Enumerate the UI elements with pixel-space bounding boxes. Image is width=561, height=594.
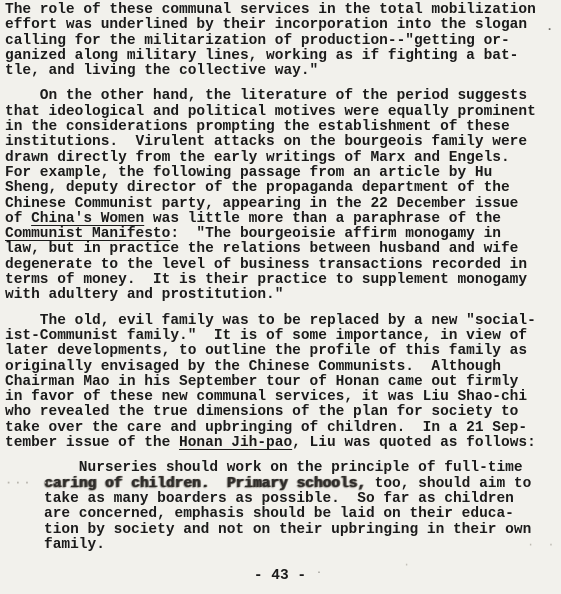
text-line: The role of these communal services in t…: [5, 3, 555, 18]
block-quote: Nurseries should work on the principle o…: [44, 461, 555, 553]
text-segment: Nurseries should work on the principle o…: [44, 460, 523, 476]
text-segment: tion by society and not on their upbring…: [44, 522, 531, 538]
text-segment: On the other hand, the literature of the…: [5, 88, 527, 104]
text-line: Nurseries should work on the principle o…: [44, 461, 555, 476]
text-line: terms of money. It is their practice to …: [5, 273, 555, 288]
text-segment: are concerned, emphasis should be laid o…: [44, 506, 514, 522]
text-segment: too, should aim to: [366, 476, 531, 492]
text-line: are concerned, emphasis should be laid o…: [44, 507, 555, 522]
text-line: The old, evil family was to be replaced …: [5, 314, 555, 329]
document-page: The role of these communal services in t…: [0, 0, 561, 594]
text-segment: The old, evil family was to be replaced …: [5, 313, 536, 329]
text-line: later developments, to outline the profi…: [5, 344, 555, 359]
text-segment: , Liu was quoted as follows:: [292, 435, 536, 451]
text-line: take as many boarders as possible. So fa…: [44, 492, 555, 507]
text-line: of China's Women was little more than a …: [5, 212, 555, 227]
text-segment: take as many boarders as possible. So fa…: [44, 491, 514, 507]
paragraph-2: On the other hand, the literature of the…: [5, 89, 555, 303]
text-segment: calling for the militarization of produc…: [5, 33, 510, 49]
text-line: originally envisaged by the Chinese Comm…: [5, 360, 555, 375]
text-line: On the other hand, the literature of the…: [5, 89, 555, 104]
text-segment: take over the care and upbringing of chi…: [5, 420, 527, 436]
text-segment: The role of these communal services in t…: [5, 2, 536, 18]
text-line: caring of children. Primary schools, too…: [44, 477, 555, 492]
text-segment: originally envisaged by the Chinese Comm…: [5, 359, 501, 375]
text-line: law, but in practice the relations betwe…: [5, 242, 555, 257]
text-line: effort was underlined by their incorpora…: [5, 18, 555, 33]
text-line: institutions. Virulent attacks on the bo…: [5, 135, 555, 150]
text-segment: was little more than a paraphrase of the: [144, 211, 501, 227]
paragraph-1: The role of these communal services in t…: [5, 3, 555, 79]
text-line: Sheng, deputy director of the propaganda…: [5, 181, 555, 196]
text-segment: degenerate to the level of business tran…: [5, 257, 527, 273]
text-line: family.: [44, 538, 555, 553]
text-segment: tle, and living the collective way.": [5, 63, 318, 79]
text-segment: Sheng, deputy director of the propaganda…: [5, 180, 510, 196]
text-segment: with adultery and prostitution.": [5, 287, 283, 303]
text-line: in favor of these new communal services,…: [5, 390, 555, 405]
text-segment: drawn directly from the early writings o…: [5, 150, 510, 166]
text-segment: of: [5, 211, 31, 227]
text-line: Chairman Mao in his September tour of Ho…: [5, 375, 555, 390]
underlined-title: China's Women: [31, 211, 144, 227]
text-segment: effort was underlined by their incorpora…: [5, 17, 527, 33]
text-segment: family.: [44, 537, 105, 553]
text-segment: law, but in practice the relations betwe…: [5, 241, 518, 257]
text-segment: in favor of these new communal services,…: [5, 389, 527, 405]
text-line: tember issue of the Honan Jih-pao, Liu w…: [5, 436, 555, 451]
text-line: that ideological and political motives w…: [5, 105, 555, 120]
text-segment: that ideological and political motives w…: [5, 104, 536, 120]
text-line: calling for the militarization of produc…: [5, 34, 555, 49]
text-segment: Chinese Communist party, appearing in th…: [5, 196, 518, 212]
text-segment: in the considerations prompting the esta…: [5, 119, 510, 135]
text-line: ganized along military lines, working as…: [5, 49, 555, 64]
text-segment: who revealed the true dimensions of the …: [5, 404, 518, 420]
text-segment: terms of money. It is their practice to …: [5, 272, 527, 288]
text-segment: For example, the following passage from …: [5, 165, 492, 181]
text-segment: Chairman Mao in his September tour of Ho…: [5, 374, 518, 390]
underlined-title: Communist Manifesto: [5, 226, 170, 242]
text-segment: institutions. Virulent attacks on the bo…: [5, 134, 527, 150]
text-line: Chinese Communist party, appearing in th…: [5, 197, 555, 212]
text-segment: ganized along military lines, working as…: [5, 48, 518, 64]
text-segment: tember issue of the: [5, 435, 179, 451]
text-segment: later developments, to outline the profi…: [5, 343, 527, 359]
page-number: - 43 -: [5, 569, 555, 584]
text-line: degenerate to the level of business tran…: [5, 258, 555, 273]
smudged-text: caring of children. Primary schools,: [44, 476, 366, 492]
text-line: tle, and living the collective way.": [5, 64, 555, 79]
text-segment: : "The bourgeoisie affirm monogamy in: [170, 226, 501, 242]
text-line: drawn directly from the early writings o…: [5, 151, 555, 166]
text-segment: ist-Communist family." It is of some imp…: [5, 328, 527, 344]
text-line: tion by society and not on their upbring…: [44, 523, 555, 538]
text-line: For example, the following passage from …: [5, 166, 555, 181]
text-line: who revealed the true dimensions of the …: [5, 405, 555, 420]
text-line: with adultery and prostitution.": [5, 288, 555, 303]
paragraph-3: The old, evil family was to be replaced …: [5, 314, 555, 452]
text-line: Communist Manifesto: "The bourgeoisie af…: [5, 227, 555, 242]
text-line: in the considerations prompting the esta…: [5, 120, 555, 135]
text-line: take over the care and upbringing of chi…: [5, 421, 555, 436]
text-line: ist-Communist family." It is of some imp…: [5, 329, 555, 344]
underlined-title: Honan Jih-pao: [179, 435, 292, 451]
